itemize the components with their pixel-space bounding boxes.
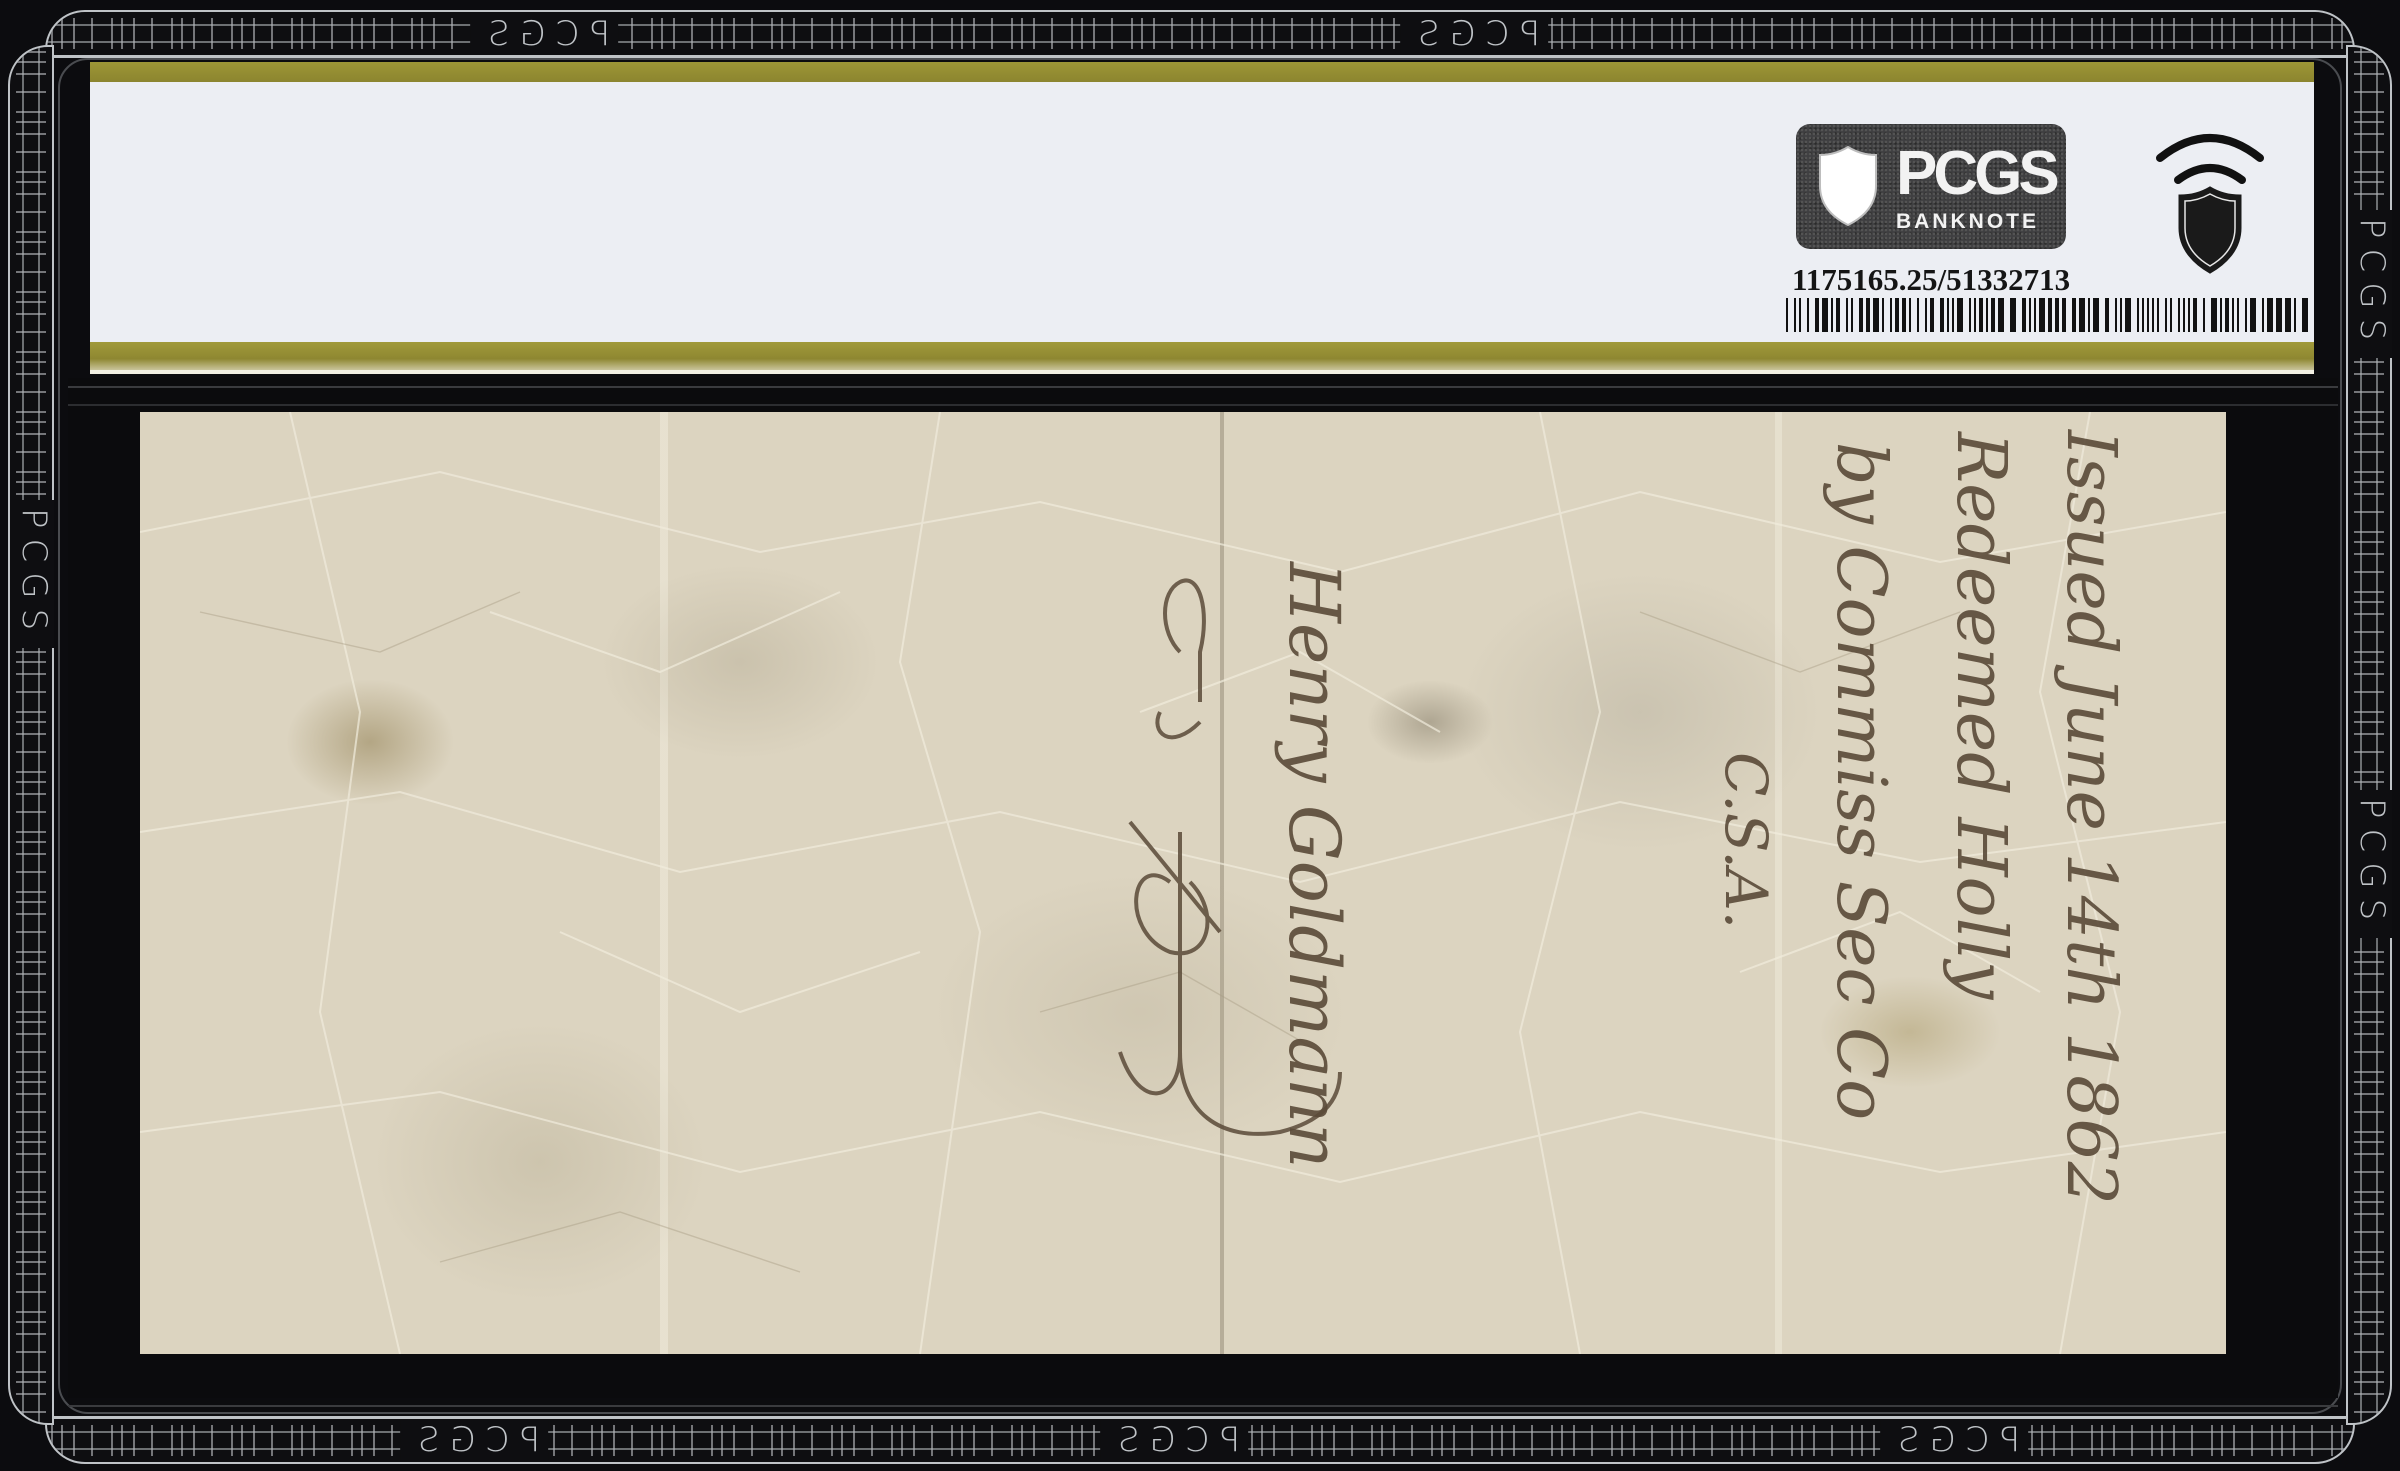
banknote-back: Issued June 14th 1862 Redeemed Holly by …	[140, 412, 2226, 1354]
border-emboss-pcgs-bottom-left: PCGS	[400, 1420, 548, 1460]
pcgs-wordmark: PCGS	[1896, 142, 2056, 206]
greek-key-pattern	[16, 47, 46, 1423]
border-inner-line	[47, 24, 2353, 26]
border-inner-line	[47, 41, 2353, 43]
pcgs-holder: PCGS PCGS PCGS PCGS PCGS PCGS PCGS PCGS …	[0, 0, 2400, 1471]
greek-key-pattern	[47, 18, 2353, 49]
border-emboss-pcgs-bottom-right: PCGS	[1880, 1420, 2028, 1460]
barcode-icon	[1786, 298, 2310, 332]
border-emboss-pcgs-top-mid: PCGS	[1400, 14, 1548, 54]
signature-flourish	[140, 412, 2226, 1354]
border-emboss-pcgs-top-left: PCGS	[470, 14, 618, 54]
window-edge-line	[68, 1405, 2338, 1407]
border-top-greek-key	[45, 10, 2355, 58]
border-inner-line	[38, 47, 40, 1423]
border-emboss-pcgs-left: PCGS	[14, 500, 54, 648]
border-emboss-pcgs-right-bottom: PCGS	[2352, 790, 2392, 938]
label-gold-stripe-top	[90, 62, 2314, 82]
border-inner-line	[22, 47, 24, 1423]
window-edge-line	[68, 386, 2338, 388]
pcgs-banknote-logo: PCGS BANKNOTE	[1796, 124, 2066, 249]
window-edge-line	[68, 404, 2338, 406]
cert-number: 1175165.25/51332713	[1792, 262, 2070, 298]
border-emboss-pcgs-bottom-mid: PCGS	[1100, 1420, 1248, 1460]
pcgs-banknote-text: BANKNOTE	[1896, 210, 2039, 234]
label-edge	[90, 370, 2314, 374]
border-left-greek-key	[8, 45, 54, 1425]
label-gold-stripe-bottom	[90, 342, 2314, 370]
nfc-shield-icon	[2150, 128, 2270, 278]
shield-icon	[1816, 144, 1880, 228]
border-emboss-pcgs-right-top: PCGS	[2352, 210, 2392, 358]
